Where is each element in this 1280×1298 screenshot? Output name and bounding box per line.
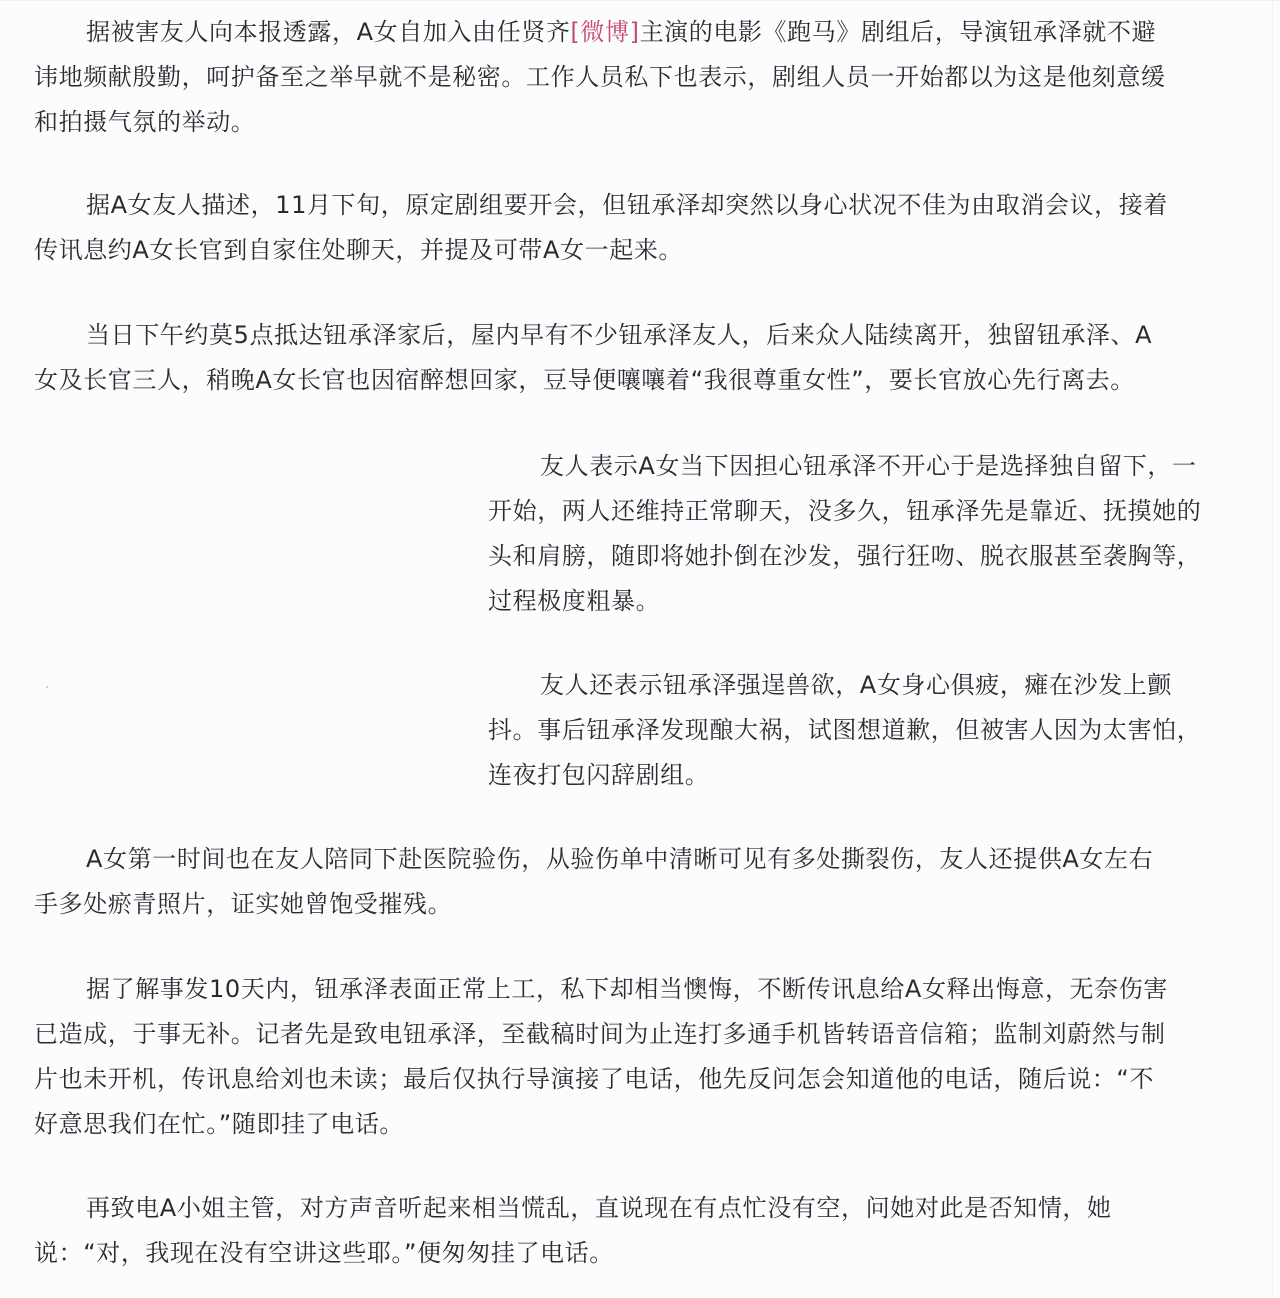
paragraph-line: 友人还表示钮承泽强逞兽欲，A女身心俱疲，瘫在沙发上颤 [488,663,1201,708]
scanned-document-page: 据被害友人向本报透露，A女自加入由任贤齐[微博]主演的电影《跑马》剧组后，导演钮… [0,0,1280,1298]
paragraph-line: 传讯息约A女长官到自家住处聊天，并提及可带A女一起来。 [34,228,1168,273]
paragraph-5: 友人还表示钮承泽强逞兽欲，A女身心俱疲，瘫在沙发上颤 抖。事后钮承泽发现酿大祸，… [488,663,1201,798]
paragraph-2: 据A女友人描述，11月下旬，原定剧组要开会，但钮承泽却突然以身心状况不佳为由取消… [34,183,1168,273]
paragraph-line: 据A女友人描述，11月下旬，原定剧组要开会，但钮承泽却突然以身心状况不佳为由取消… [34,183,1168,228]
paragraph-8: 再致电A小姐主管，对方声音听起来相当慌乱，直说现在有点忙没有空，问她对此是否知情… [34,1186,1112,1276]
paragraph-line: 讳地频献殷勤，呵护备至之举早就不是秘密。工作人员私下也表示，剧组人员一开始都以为… [34,55,1166,100]
paragraph-line: 说：“对，我现在没有空讲这些耶。”便匆匆挂了电话。 [34,1231,1112,1276]
scan-artifact-dot [46,686,48,688]
paragraph-line: A女第一时间也在友人陪同下赴医院验伤，从验伤单中清晰可见有多处撕裂伤，友人还提供… [34,837,1153,882]
paragraph-4: 友人表示A女当下因担心钮承泽不开心于是选择独自留下，一 开始，两人还维持正常聊天… [488,444,1201,624]
paragraph-line: 连夜打包闪辞剧组。 [488,753,1201,798]
weibo-link[interactable]: [微博] [570,18,639,46]
paragraph-line: 手多处瘀青照片，证实她曾饱受摧残。 [34,882,1153,927]
page-edge-divider [1272,1,1273,1298]
paragraph-line: 再致电A小姐主管，对方声音听起来相当慌乱，直说现在有点忙没有空，问她对此是否知情… [34,1186,1112,1231]
paragraph-line: 当日下午约莫5点抵达钮承泽家后，屋内早有不少钮承泽友人，后来众人陆续离开，独留钮… [34,313,1152,358]
paragraph-line: 据了解事发10天内，钮承泽表面正常上工，私下却相当懊悔，不断传讯息给A女释出悔意… [34,967,1168,1012]
paragraph-7: 据了解事发10天内，钮承泽表面正常上工，私下却相当懊悔，不断传讯息给A女释出悔意… [34,967,1168,1147]
paragraph-1: 据被害友人向本报透露，A女自加入由任贤齐[微博]主演的电影《跑马》剧组后，导演钮… [34,10,1166,145]
paragraph-line: 据被害友人向本报透露，A女自加入由任贤齐[微博]主演的电影《跑马》剧组后，导演钮… [34,10,1166,55]
paragraph-6: A女第一时间也在友人陪同下赴医院验伤，从验伤单中清晰可见有多处撕裂伤，友人还提供… [34,837,1153,927]
paragraph-line: 抖。事后钮承泽发现酿大祸，试图想道歉，但被害人因为太害怕， [488,708,1201,753]
paragraph-line: 片也未开机，传讯息给刘也未读；最后仅执行导演接了电话，他先反问怎会知道他的电话，… [34,1057,1168,1102]
paragraph-line: 过程极度粗暴。 [488,579,1201,624]
text-segment: 主演的电影《跑马》剧组后，导演钮承泽就不避 [640,18,1157,46]
text-segment: 据被害友人向本报透露，A女自加入由任贤齐 [86,18,570,46]
paragraph-line: 女及长官三人，稍晚A女长官也因宿醉想回家，豆导便嚷嚷着“我很尊重女性”，要长官放… [34,358,1152,403]
paragraph-line: 和拍摄气氛的举动。 [34,100,1166,145]
paragraph-line: 友人表示A女当下因担心钮承泽不开心于是选择独自留下，一 [488,444,1201,489]
paragraph-line: 头和肩膀，随即将她扑倒在沙发，强行狂吻、脱衣服甚至袭胸等， [488,534,1201,579]
paragraph-line: 已造成，于事无补。记者先是致电钮承泽，至截稿时间为止连打多通手机皆转语音信箱；监… [34,1012,1168,1057]
paragraph-line: 开始，两人还维持正常聊天，没多久，钮承泽先是靠近、抚摸她的 [488,489,1201,534]
paragraph-3: 当日下午约莫5点抵达钮承泽家后，屋内早有不少钮承泽友人，后来众人陆续离开，独留钮… [34,313,1152,403]
paragraph-line: 好意思我们在忙。”随即挂了电话。 [34,1102,1168,1147]
